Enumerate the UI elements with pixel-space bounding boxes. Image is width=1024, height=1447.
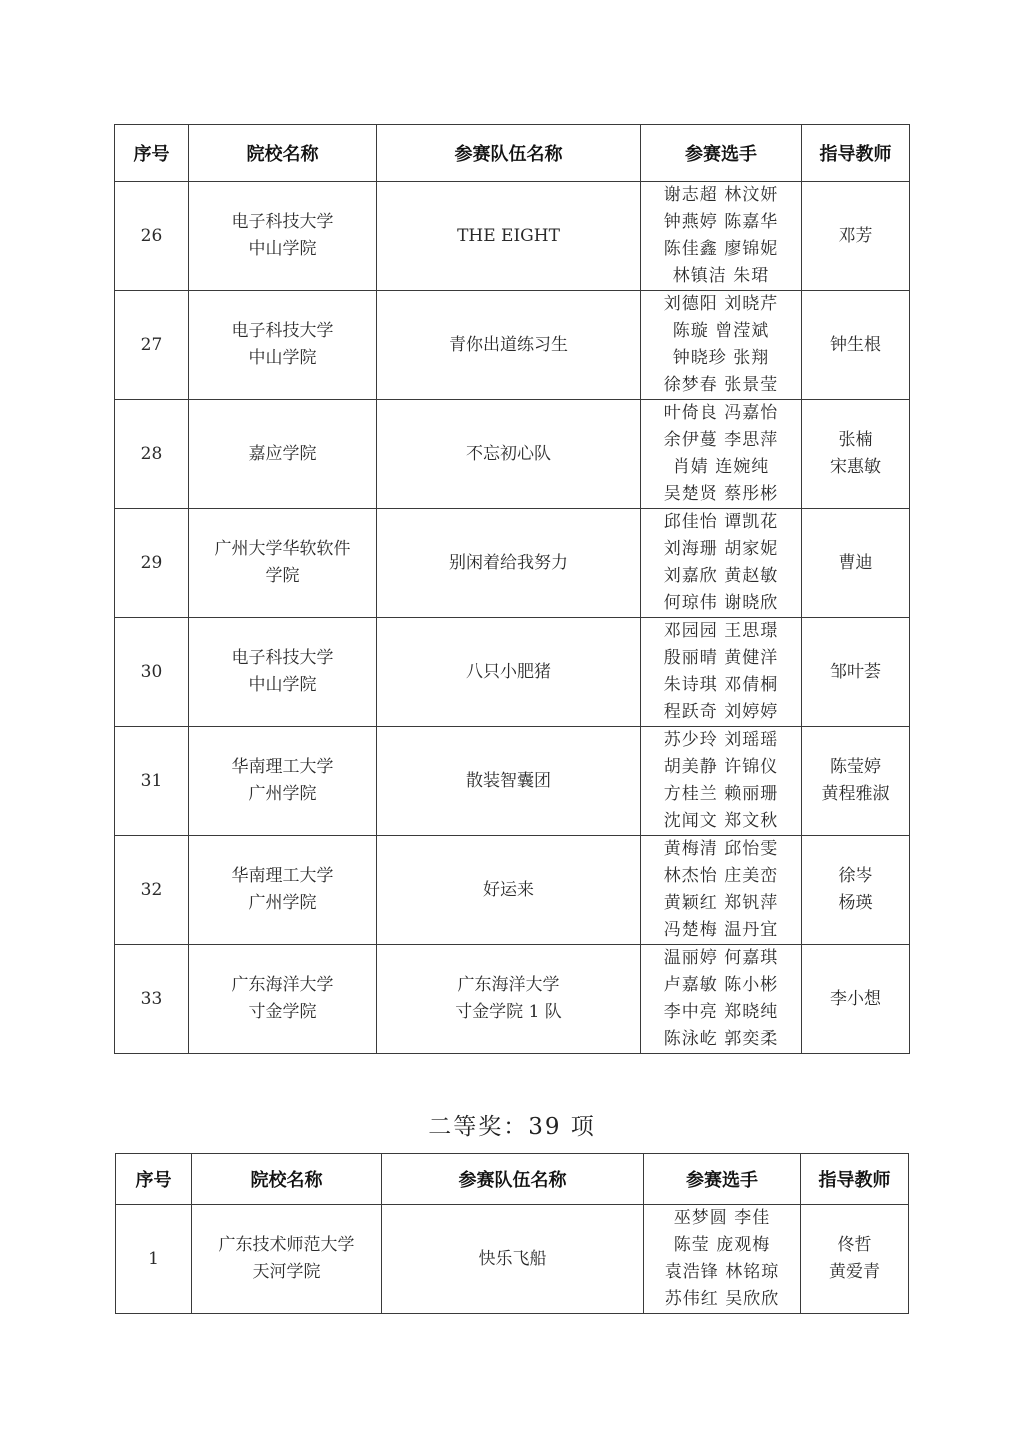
players-line: 方桂兰 赖丽珊 <box>641 781 801 808</box>
players-line: 刘德阳 刘晓芹 <box>641 291 801 318</box>
team-line: 别闲着给我努力 <box>377 550 640 577</box>
players-line: 邓园园 王思璟 <box>641 618 801 645</box>
header-team: 参赛队伍名称 <box>382 1154 644 1205</box>
team-line: 广东海洋大学 <box>377 972 640 999</box>
teacher-line: 邹叶荟 <box>802 659 909 686</box>
school-cell: 电子科技大学中山学院 <box>189 182 377 291</box>
school-line: 华南理工大学 <box>189 754 376 781</box>
players-line: 谢志超 林汶妍 <box>641 182 801 209</box>
table-header-row: 序号 院校名称 参赛队伍名称 参赛选手 指导教师 <box>116 1154 909 1205</box>
school-cell: 广东技术师范大学天河学院 <box>192 1205 382 1314</box>
players-cell: 邓园园 王思璟殷丽晴 黄健洋朱诗琪 邓倩桐程跃奇 刘婷婷 <box>641 618 802 727</box>
school-cell: 嘉应学院 <box>189 400 377 509</box>
table-row: 1广东技术师范大学天河学院快乐飞船巫梦圆 李佳陈莹 庞观梅袁浩锋 林铭琼苏伟红 … <box>116 1205 909 1314</box>
teacher-cell: 邓芳 <box>802 182 910 291</box>
players-line: 巫梦圆 李佳 <box>644 1205 800 1232</box>
players-cell: 邱佳怡 谭凯花刘海珊 胡家妮刘嘉欣 黄赵敏何琼伟 谢晓欣 <box>641 509 802 618</box>
no-cell: 29 <box>115 509 189 618</box>
players-line: 殷丽晴 黄健洋 <box>641 645 801 672</box>
teacher-line: 曹迪 <box>802 550 909 577</box>
players-cell: 刘德阳 刘晓芹陈璇 曾滢斌钟晓珍 张翔徐梦春 张景莹 <box>641 291 802 400</box>
header-school: 院校名称 <box>189 125 377 182</box>
players-line: 黄颖红 郑钒萍 <box>641 890 801 917</box>
players-line: 肖婧 连婉纯 <box>641 454 801 481</box>
players-line: 李中亮 郑晓纯 <box>641 999 801 1026</box>
awards-table-second-prize: 序号 院校名称 参赛队伍名称 参赛选手 指导教师 1广东技术师范大学天河学院快乐… <box>115 1153 909 1314</box>
team-line: 不忘初心队 <box>377 441 640 468</box>
school-line: 中山学院 <box>189 672 376 699</box>
no-cell: 26 <box>115 182 189 291</box>
players-line: 黄梅清 邱怡雯 <box>641 836 801 863</box>
players-line: 冯楚梅 温丹宜 <box>641 917 801 944</box>
no-cell: 33 <box>115 945 189 1054</box>
players-line: 徐梦春 张景莹 <box>641 372 801 399</box>
teacher-cell: 陈莹婷黄程雅淑 <box>802 727 910 836</box>
team-cell: 不忘初心队 <box>377 400 641 509</box>
teacher-line: 宋惠敏 <box>802 454 909 481</box>
school-line: 华南理工大学 <box>189 863 376 890</box>
table-row: 29广州大学华软软件学院别闲着给我努力邱佳怡 谭凯花刘海珊 胡家妮刘嘉欣 黄赵敏… <box>115 509 910 618</box>
players-line: 吴楚贤 蔡彤彬 <box>641 481 801 508</box>
school-line: 电子科技大学 <box>189 318 376 345</box>
players-line: 刘海珊 胡家妮 <box>641 536 801 563</box>
teacher-line: 邓芳 <box>802 223 909 250</box>
players-cell: 黄梅清 邱怡雯林杰怡 庄美峦黄颖红 郑钒萍冯楚梅 温丹宜 <box>641 836 802 945</box>
header-players: 参赛选手 <box>644 1154 801 1205</box>
players-line: 陈泳屹 郭奕柔 <box>641 1026 801 1053</box>
teacher-line: 佟哲 <box>801 1232 908 1259</box>
teacher-cell: 佟哲黄爱青 <box>801 1205 909 1314</box>
table-row: 30电子科技大学中山学院八只小肥猪邓园园 王思璟殷丽晴 黄健洋朱诗琪 邓倩桐程跃… <box>115 618 910 727</box>
school-line: 寸金学院 <box>189 999 376 1026</box>
players-line: 温丽婷 何嘉琪 <box>641 945 801 972</box>
school-line: 电子科技大学 <box>189 209 376 236</box>
team-cell: 青你出道练习生 <box>377 291 641 400</box>
team-line: 青你出道练习生 <box>377 332 640 359</box>
players-cell: 巫梦圆 李佳陈莹 庞观梅袁浩锋 林铭琼苏伟红 吴欣欣 <box>644 1205 801 1314</box>
players-line: 苏伟红 吴欣欣 <box>644 1286 800 1313</box>
team-cell: 快乐飞船 <box>382 1205 644 1314</box>
teacher-line: 张楠 <box>802 427 909 454</box>
no-cell: 30 <box>115 618 189 727</box>
no-cell: 1 <box>116 1205 192 1314</box>
awards-table-first-prize: 序号 院校名称 参赛队伍名称 参赛选手 指导教师 26电子科技大学中山学院THE… <box>114 124 910 1054</box>
players-line: 程跃奇 刘婷婷 <box>641 699 801 726</box>
no-cell: 31 <box>115 727 189 836</box>
teacher-cell: 曹迪 <box>802 509 910 618</box>
players-line: 胡美静 许锦仪 <box>641 754 801 781</box>
players-line: 何琼伟 谢晓欣 <box>641 590 801 617</box>
team-cell: 散装智囊团 <box>377 727 641 836</box>
team-cell: 八只小肥猪 <box>377 618 641 727</box>
players-cell: 温丽婷 何嘉琪卢嘉敏 陈小彬李中亮 郑晓纯陈泳屹 郭奕柔 <box>641 945 802 1054</box>
header-players: 参赛选手 <box>641 125 802 182</box>
players-cell: 叶倚良 冯嘉怡余伊蔓 李思萍肖婧 连婉纯吴楚贤 蔡彤彬 <box>641 400 802 509</box>
school-line: 广东海洋大学 <box>189 972 376 999</box>
players-line: 陈佳鑫 廖锦妮 <box>641 236 801 263</box>
teacher-cell: 徐岑杨瑛 <box>802 836 910 945</box>
table-row: 28嘉应学院不忘初心队叶倚良 冯嘉怡余伊蔓 李思萍肖婧 连婉纯吴楚贤 蔡彤彬张楠… <box>115 400 910 509</box>
teacher-line: 黄爱青 <box>801 1259 908 1286</box>
teacher-line: 杨瑛 <box>802 890 909 917</box>
teacher-cell: 邹叶荟 <box>802 618 910 727</box>
players-line: 钟燕婷 陈嘉华 <box>641 209 801 236</box>
school-line: 广州大学华软软件 <box>189 536 376 563</box>
team-line: THE EIGHT <box>377 223 640 250</box>
header-team: 参赛队伍名称 <box>377 125 641 182</box>
teacher-line: 钟生根 <box>802 332 909 359</box>
players-line: 陈璇 曾滢斌 <box>641 318 801 345</box>
players-line: 陈莹 庞观梅 <box>644 1232 800 1259</box>
players-cell: 谢志超 林汶妍钟燕婷 陈嘉华陈佳鑫 廖锦妮林镇洁 朱珺 <box>641 182 802 291</box>
players-line: 袁浩锋 林铭琼 <box>644 1259 800 1286</box>
no-cell: 28 <box>115 400 189 509</box>
players-line: 邱佳怡 谭凯花 <box>641 509 801 536</box>
teacher-line: 李小想 <box>802 986 909 1013</box>
team-line: 寸金学院 1 队 <box>377 999 640 1026</box>
table-row: 26电子科技大学中山学院THE EIGHT谢志超 林汶妍钟燕婷 陈嘉华陈佳鑫 廖… <box>115 182 910 291</box>
school-cell: 电子科技大学中山学院 <box>189 618 377 727</box>
table-row: 33广东海洋大学寸金学院广东海洋大学寸金学院 1 队温丽婷 何嘉琪卢嘉敏 陈小彬… <box>115 945 910 1054</box>
school-cell: 华南理工大学广州学院 <box>189 727 377 836</box>
team-cell: 广东海洋大学寸金学院 1 队 <box>377 945 641 1054</box>
team-line: 散装智囊团 <box>377 768 640 795</box>
school-cell: 电子科技大学中山学院 <box>189 291 377 400</box>
players-line: 林杰怡 庄美峦 <box>641 863 801 890</box>
school-cell: 广州大学华软软件学院 <box>189 509 377 618</box>
header-teacher: 指导教师 <box>802 125 910 182</box>
school-line: 中山学院 <box>189 345 376 372</box>
school-line: 中山学院 <box>189 236 376 263</box>
no-cell: 32 <box>115 836 189 945</box>
table-header-row: 序号 院校名称 参赛队伍名称 参赛选手 指导教师 <box>115 125 910 182</box>
school-line: 广东技术师范大学 <box>192 1232 381 1259</box>
header-no: 序号 <box>115 125 189 182</box>
team-cell: THE EIGHT <box>377 182 641 291</box>
school-line: 嘉应学院 <box>189 441 376 468</box>
header-no: 序号 <box>116 1154 192 1205</box>
school-cell: 广东海洋大学寸金学院 <box>189 945 377 1054</box>
players-line: 朱诗琪 邓倩桐 <box>641 672 801 699</box>
team-line: 八只小肥猪 <box>377 659 640 686</box>
team-cell: 好运来 <box>377 836 641 945</box>
teacher-line: 徐岑 <box>802 863 909 890</box>
teacher-cell: 钟生根 <box>802 291 910 400</box>
team-cell: 别闲着给我努力 <box>377 509 641 618</box>
school-line: 电子科技大学 <box>189 645 376 672</box>
teacher-line: 陈莹婷 <box>802 754 909 781</box>
team-line: 快乐飞船 <box>382 1246 643 1273</box>
school-line: 学院 <box>189 563 376 590</box>
players-line: 钟晓珍 张翔 <box>641 345 801 372</box>
school-line: 广州学院 <box>189 890 376 917</box>
section-title-second-prize: 二等奖：39 项 <box>0 1108 1024 1141</box>
players-cell: 苏少玲 刘瑶瑶胡美静 许锦仪方桂兰 赖丽珊沈闻文 郑文秋 <box>641 727 802 836</box>
teacher-cell: 李小想 <box>802 945 910 1054</box>
table-row: 32华南理工大学广州学院好运来黄梅清 邱怡雯林杰怡 庄美峦黄颖红 郑钒萍冯楚梅 … <box>115 836 910 945</box>
header-teacher: 指导教师 <box>801 1154 909 1205</box>
school-line: 广州学院 <box>189 781 376 808</box>
players-line: 沈闻文 郑文秋 <box>641 808 801 835</box>
players-line: 刘嘉欣 黄赵敏 <box>641 563 801 590</box>
table-row: 27电子科技大学中山学院青你出道练习生刘德阳 刘晓芹陈璇 曾滢斌钟晓珍 张翔徐梦… <box>115 291 910 400</box>
teacher-cell: 张楠宋惠敏 <box>802 400 910 509</box>
teacher-line: 黄程雅淑 <box>802 781 909 808</box>
header-school: 院校名称 <box>192 1154 382 1205</box>
players-line: 林镇洁 朱珺 <box>641 263 801 290</box>
table-row: 31华南理工大学广州学院散装智囊团苏少玲 刘瑶瑶胡美静 许锦仪方桂兰 赖丽珊沈闻… <box>115 727 910 836</box>
players-line: 余伊蔓 李思萍 <box>641 427 801 454</box>
players-line: 卢嘉敏 陈小彬 <box>641 972 801 999</box>
players-line: 叶倚良 冯嘉怡 <box>641 400 801 427</box>
school-line: 天河学院 <box>192 1259 381 1286</box>
players-line: 苏少玲 刘瑶瑶 <box>641 727 801 754</box>
team-line: 好运来 <box>377 877 640 904</box>
school-cell: 华南理工大学广州学院 <box>189 836 377 945</box>
no-cell: 27 <box>115 291 189 400</box>
